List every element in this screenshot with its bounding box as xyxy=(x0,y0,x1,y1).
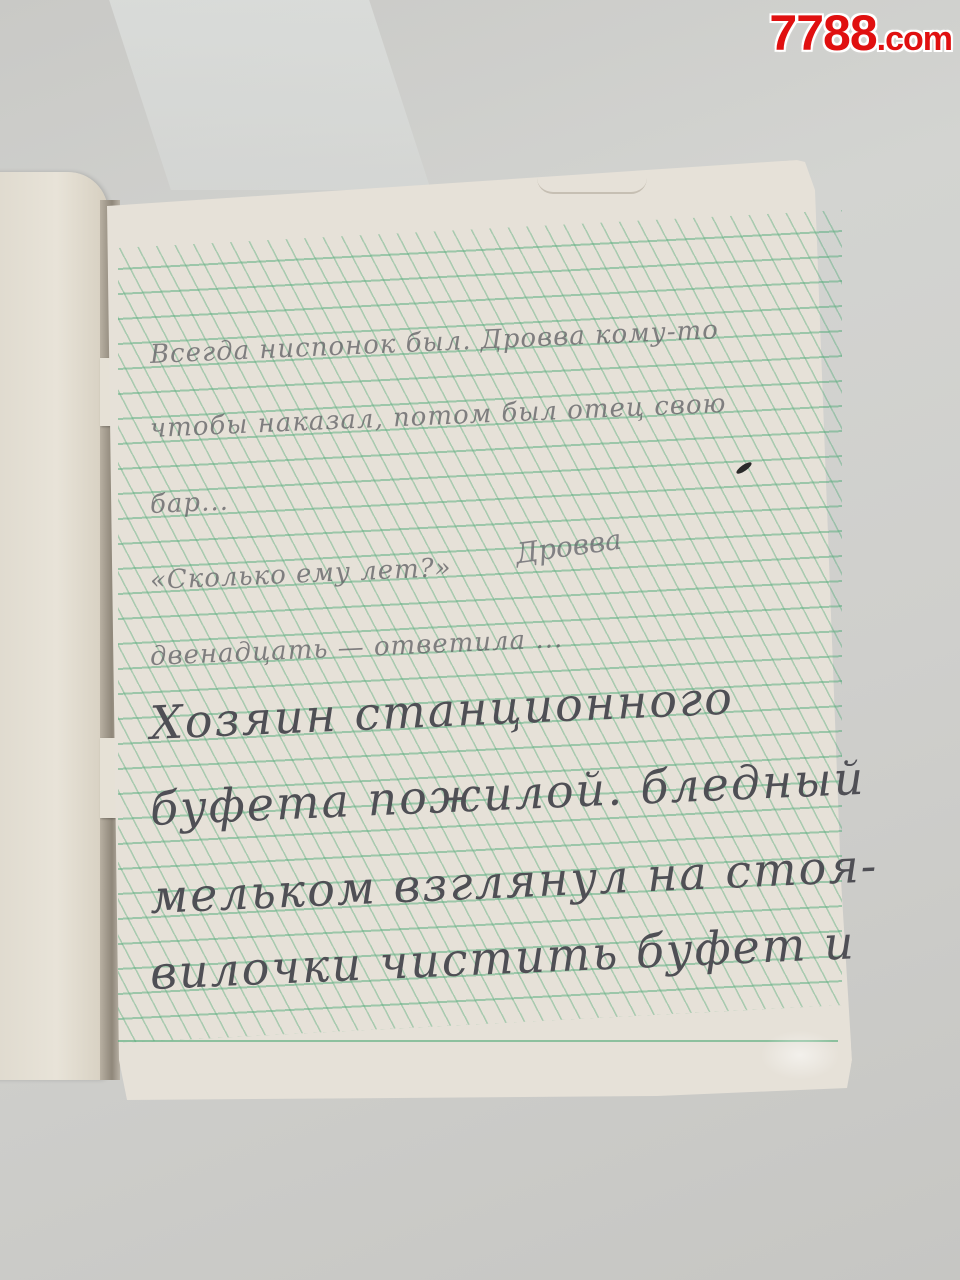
background-light-glare xyxy=(109,0,431,190)
page-edge-notch xyxy=(537,178,647,194)
paper-wear-mark xyxy=(760,1030,840,1080)
watermark-suffix: .com xyxy=(877,20,952,58)
handwritten-line-3: бар... xyxy=(149,487,229,520)
grid-bottom-line xyxy=(118,1040,838,1042)
left-notebook-page xyxy=(0,172,108,1080)
site-watermark: 7788.com xyxy=(769,4,952,62)
watermark-number: 7788 xyxy=(769,5,876,61)
